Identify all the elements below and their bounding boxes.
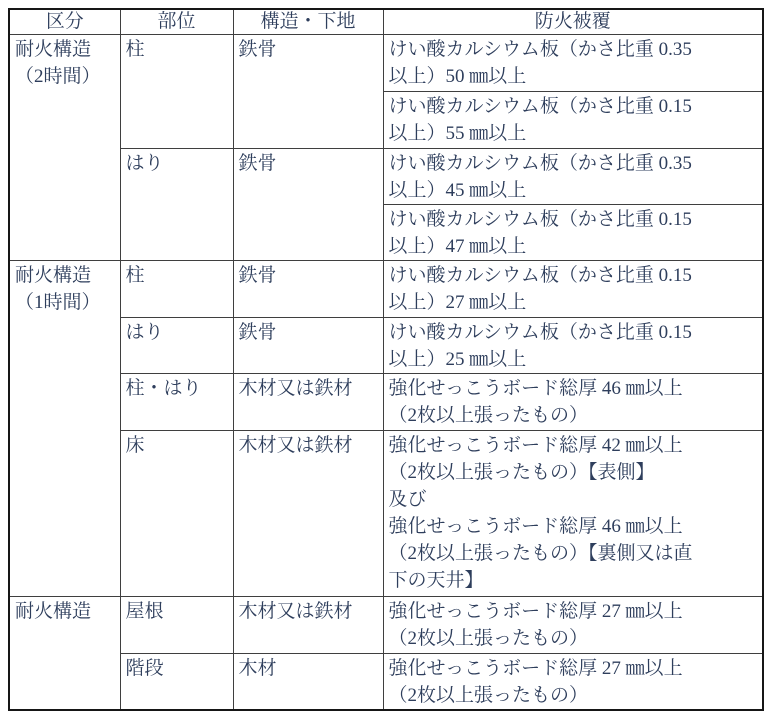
cell-part: 柱 (120, 260, 233, 317)
cell-part: 柱 (120, 34, 233, 148)
cell-structure: 木材又は鉄材 (233, 596, 383, 653)
cell-part: 柱・はり (120, 373, 233, 430)
cell-category: 耐火構造 (9, 596, 120, 710)
cell-category: 耐火構造 （2時間） (9, 34, 120, 260)
cell-structure: 木材 (233, 653, 383, 710)
table-row: 床 木材又は鉄材 強化せっこうボード総厚 42 ㎜以上 （2枚以上張ったもの）【… (9, 430, 763, 596)
table-row: はり 鉄骨 けい酸カルシウム板（かさ比重 0.15 以上）25 ㎜以上 (9, 317, 763, 373)
cell-part: 屋根 (120, 596, 233, 653)
document-page: 区分 部位 構造・下地 防火被覆 耐火構造 （2時間） 柱 鉄骨 けい酸カルシウ… (0, 0, 768, 711)
col-header-part: 部位 (120, 9, 233, 34)
cell-covering: 強化せっこうボード総厚 42 ㎜以上 （2枚以上張ったもの）【表側】 及び 強化… (383, 430, 763, 596)
cell-part: 階段 (120, 653, 233, 710)
fire-protection-table: 区分 部位 構造・下地 防火被覆 耐火構造 （2時間） 柱 鉄骨 けい酸カルシウ… (8, 8, 764, 711)
cell-covering: けい酸カルシウム板（かさ比重 0.15 以上）55 ㎜以上 (383, 91, 763, 148)
cell-covering: 強化せっこうボード総厚 27 ㎜以上 （2枚以上張ったもの） (383, 596, 763, 653)
cell-covering: 強化せっこうボード総厚 27 ㎜以上 （2枚以上張ったもの） (383, 653, 763, 710)
cell-structure: 鉄骨 (233, 148, 383, 260)
table-row: 耐火構造 屋根 木材又は鉄材 強化せっこうボード総厚 27 ㎜以上 （2枚以上張… (9, 596, 763, 653)
cell-covering: けい酸カルシウム板（かさ比重 0.15 以上）25 ㎜以上 (383, 317, 763, 373)
col-header-category: 区分 (9, 9, 120, 34)
header-row: 区分 部位 構造・下地 防火被覆 (9, 9, 763, 34)
cell-part: はり (120, 148, 233, 260)
cell-covering: けい酸カルシウム板（かさ比重 0.15 以上）47 ㎜以上 (383, 204, 763, 260)
col-header-structure: 構造・下地 (233, 9, 383, 34)
cell-category: 耐火構造 （1時間） (9, 260, 120, 596)
cell-structure: 鉄骨 (233, 317, 383, 373)
table-row: 柱・はり 木材又は鉄材 強化せっこうボード総厚 46 ㎜以上 （2枚以上張ったも… (9, 373, 763, 430)
cell-covering: けい酸カルシウム板（かさ比重 0.35 以上）45 ㎜以上 (383, 148, 763, 204)
cell-covering: けい酸カルシウム板（かさ比重 0.15 以上）27 ㎜以上 (383, 260, 763, 317)
col-header-covering: 防火被覆 (383, 9, 763, 34)
table-row: 耐火構造 （2時間） 柱 鉄骨 けい酸カルシウム板（かさ比重 0.35 以上）5… (9, 34, 763, 91)
table-row: はり 鉄骨 けい酸カルシウム板（かさ比重 0.35 以上）45 ㎜以上 (9, 148, 763, 204)
table-row: 階段 木材 強化せっこうボード総厚 27 ㎜以上 （2枚以上張ったもの） (9, 653, 763, 710)
cell-part: 床 (120, 430, 233, 596)
cell-structure: 木材又は鉄材 (233, 430, 383, 596)
cell-covering: 強化せっこうボード総厚 46 ㎜以上 （2枚以上張ったもの） (383, 373, 763, 430)
cell-structure: 鉄骨 (233, 34, 383, 148)
table-row: 耐火構造 （1時間） 柱 鉄骨 けい酸カルシウム板（かさ比重 0.15 以上）2… (9, 260, 763, 317)
cell-covering: けい酸カルシウム板（かさ比重 0.35 以上）50 ㎜以上 (383, 34, 763, 91)
cell-structure: 鉄骨 (233, 260, 383, 317)
cell-structure: 木材又は鉄材 (233, 373, 383, 430)
cell-part: はり (120, 317, 233, 373)
